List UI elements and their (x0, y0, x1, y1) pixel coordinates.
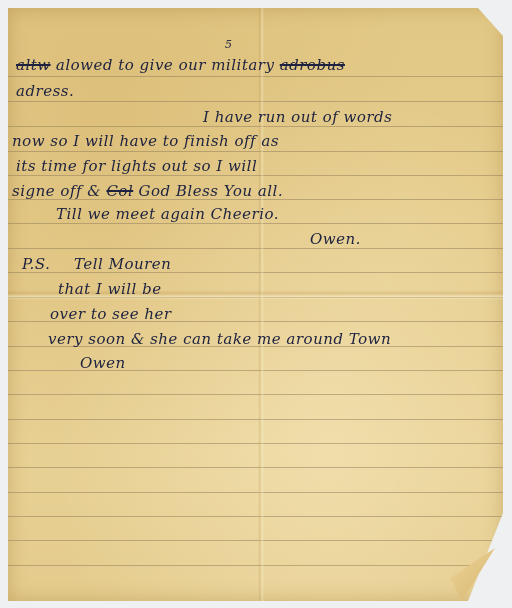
ruled-line (8, 248, 503, 249)
postscript-line-3: over to see her (50, 305, 172, 323)
ruled-line (8, 76, 503, 77)
postscript-line-1: Tell Mouren (74, 255, 171, 273)
letter-line-2: adress. (16, 82, 74, 100)
letter-page: 5 altw alowed to give our military adrob… (8, 8, 503, 601)
ruled-line (8, 419, 503, 420)
letter-line-6: signe off & Col God Bless You all. (12, 182, 283, 200)
postscript-line-2: that I will be (58, 280, 162, 298)
ruled-line (8, 101, 503, 102)
ruled-line (8, 223, 503, 224)
ruled-line (8, 492, 503, 493)
struck-word: Col (106, 182, 133, 200)
signature: Owen. (310, 230, 361, 248)
page-number: 5 (225, 38, 233, 51)
postscript-line-4: very soon & she can take me around Town (48, 330, 391, 348)
ruled-line (8, 443, 503, 444)
ruled-line (8, 175, 503, 176)
letter-line-1: altw alowed to give our military adrobus (16, 56, 345, 74)
ruled-line (8, 126, 503, 127)
letter-line-5: its time for lights out so I will (16, 157, 257, 175)
ruled-line (8, 516, 503, 517)
struck-word: altw (16, 56, 51, 74)
ruled-line (8, 394, 503, 395)
postscript-label: P.S. (22, 255, 50, 273)
letter-line-4: now so I will have to finish off as (12, 132, 279, 150)
letter-line-7: Till we meet again Cheerio. (56, 205, 279, 223)
ruled-line (8, 540, 503, 541)
ruled-line (8, 151, 503, 152)
ruled-line (8, 565, 503, 566)
vertical-fold-crease (258, 8, 264, 601)
postscript-signature: Owen (80, 354, 126, 372)
letter-line-3: I have run out of words (203, 108, 392, 126)
ruled-line (8, 467, 503, 468)
struck-word: adrobus (280, 56, 345, 74)
